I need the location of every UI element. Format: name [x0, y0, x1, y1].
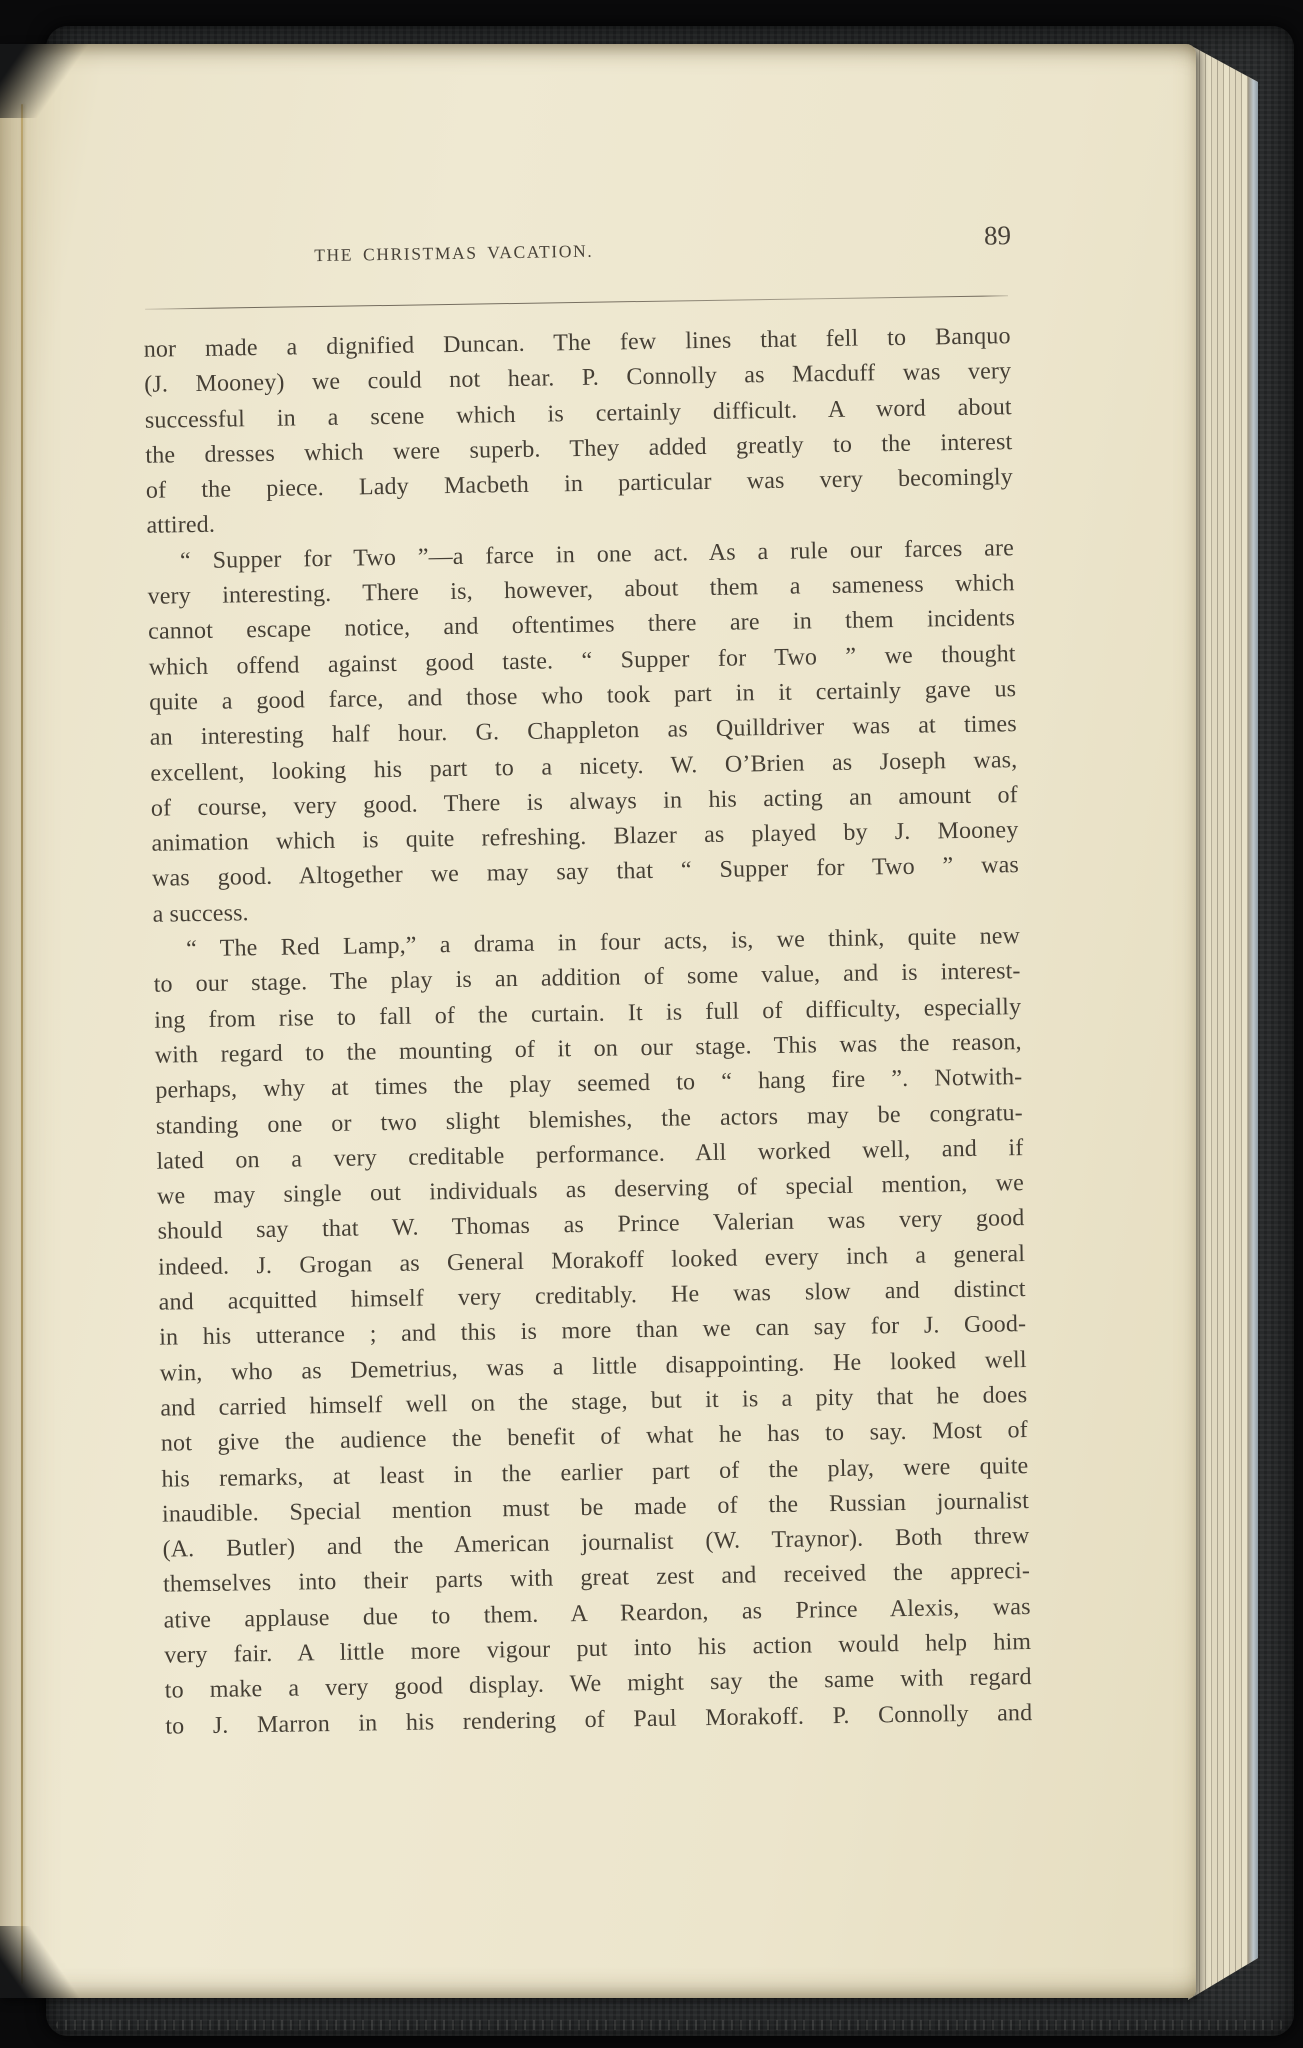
- paragraph: “ The Red Lamp,” a drama in four acts, i…: [153, 919, 1033, 1744]
- page-title: THE CHRISTMAS VACATION.: [314, 241, 593, 266]
- paragraph: nor made a dignified Duncan. The few lin…: [143, 319, 1013, 544]
- page-stack-edge: [1188, 44, 1258, 2000]
- photo-corner-shadow-bottom-left: [0, 1926, 84, 1998]
- torn-page-stub: [21, 104, 23, 1984]
- page-number: 89: [984, 220, 1011, 251]
- book-photo: THE CHRISTMAS VACATION. 89 nor made a di…: [0, 0, 1303, 2048]
- page-body: nor made a dignified Duncan. The few lin…: [143, 319, 1032, 1744]
- paragraph: “ Supper for Two ”—a farce in one act. A…: [147, 531, 1020, 933]
- photo-corner-shadow-top-left: [0, 44, 92, 118]
- header-rule: [145, 295, 1008, 310]
- page-content: THE CHRISTMAS VACATION. 89 nor made a di…: [138, 0, 1037, 2048]
